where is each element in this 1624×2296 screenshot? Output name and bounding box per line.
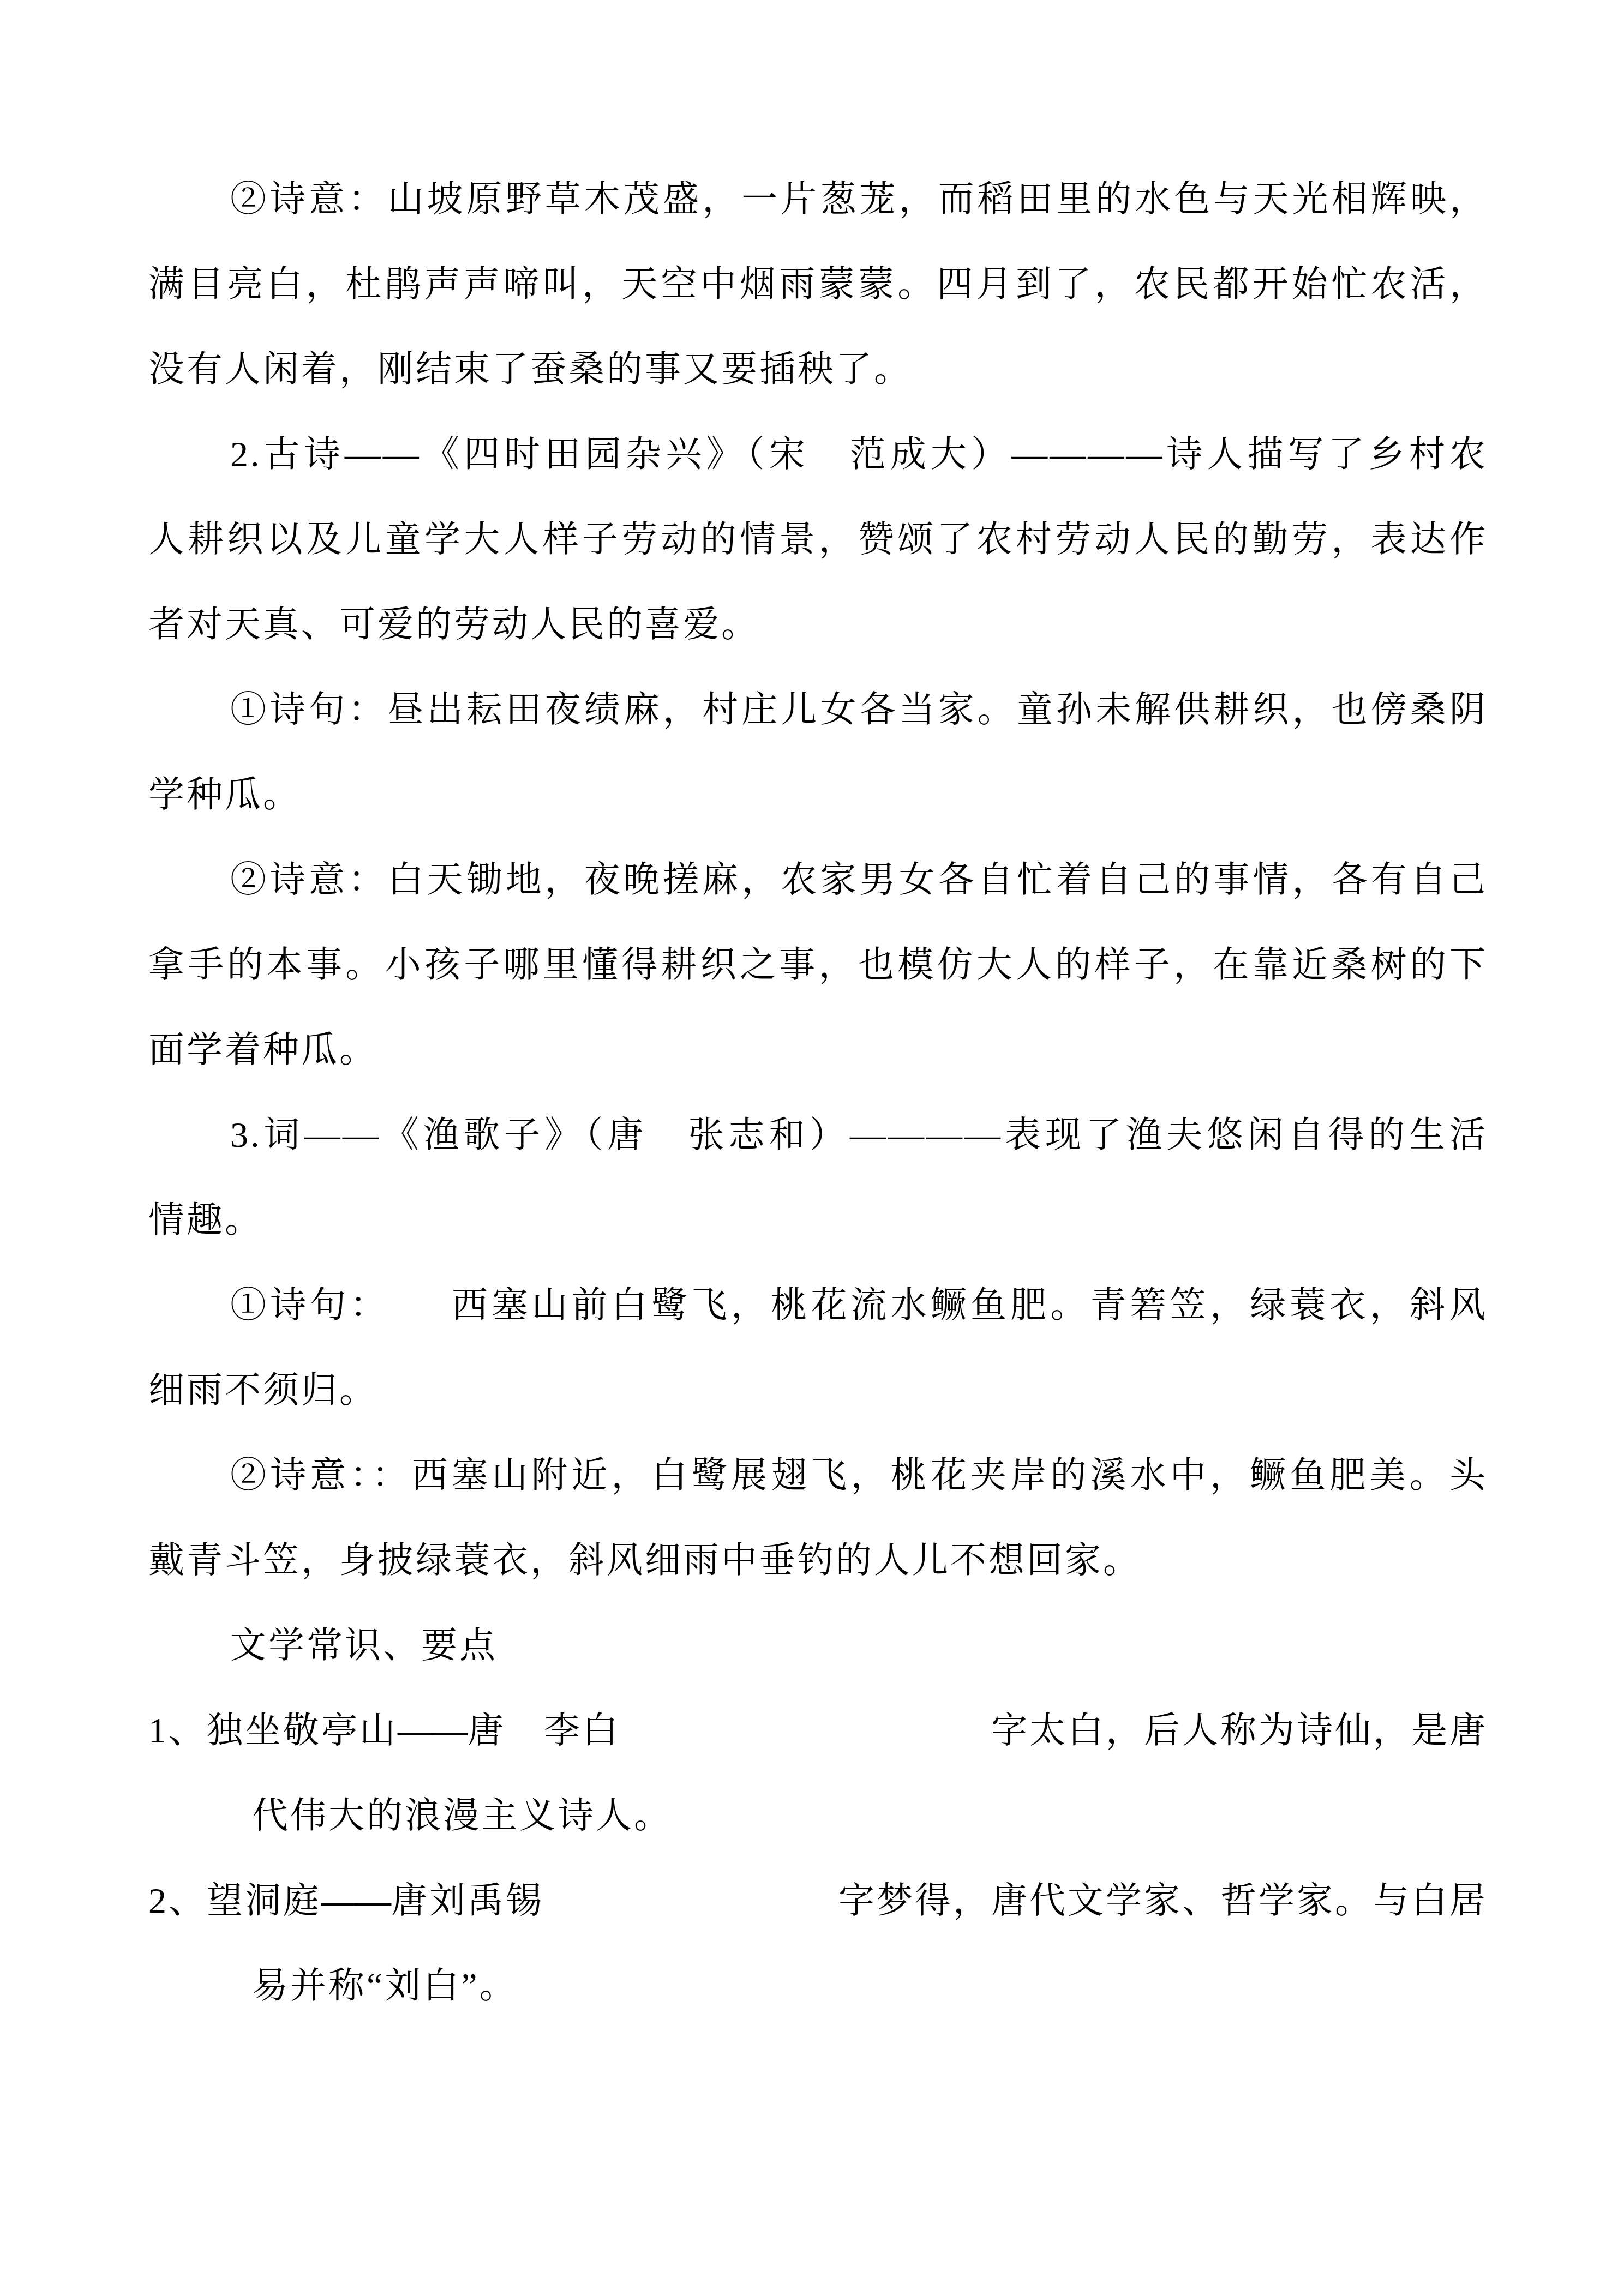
- text-line: 细雨不须归。: [148, 1348, 1488, 1433]
- text-line: 者对天真、可爱的劳动人民的喜爱。: [148, 582, 1488, 668]
- text-line: 人耕织以及儿童学大人样子劳动的情景，赞颂了农村劳动人民的勤劳，表达作: [148, 497, 1488, 582]
- poem-author: 唐 李白: [468, 1711, 620, 1751]
- poem-title: 2、望洞庭: [148, 1881, 321, 1921]
- text-line: 满目亮白，杜鹃声声啼叫，天空中烟雨蒙蒙。四月到了，农民都开始忙农活，: [148, 242, 1488, 327]
- text-line: 拿手的本事。小孩子哪里懂得耕织之事，也模仿大人的样子，在靠近桑树的下: [148, 923, 1488, 1008]
- text-line: 3.词——《渔歌子》（唐 张志和）————表现了渔夫悠闲自得的生活: [148, 1093, 1488, 1178]
- document-text-block: ②诗意：山坡原野草木茂盛，一片葱茏，而稻田里的水色与天光相辉映， 满目亮白，杜鹃…: [148, 157, 1488, 2029]
- text-line: ①诗句： 西塞山前白鹭飞，桃花流水鳜鱼肥。青箬笠，绿蓑衣，斜风: [148, 1263, 1488, 1348]
- text-line: 代伟大的浪漫主义诗人。: [148, 1774, 1488, 1859]
- text-line: ②诗意：：西塞山附近，白鹭展翅飞，桃花夹岸的溪水中，鳜鱼肥美。头: [148, 1433, 1488, 1518]
- heavy-dash: ——: [321, 1881, 389, 1921]
- poem-title: 1、独坐敬亭山: [148, 1711, 398, 1751]
- list-item-left: 1、独坐敬亭山——唐 李白: [148, 1688, 620, 1774]
- document-page: ②诗意：山坡原野草木茂盛，一片葱茏，而稻田里的水色与天光相辉映， 满目亮白，杜鹃…: [0, 0, 1624, 2296]
- list-item-right: 字梦得，唐代文学家、哲学家。与白居: [838, 1859, 1488, 1944]
- text-line: 情趣。: [148, 1178, 1488, 1263]
- text-line: 面学着种瓜。: [148, 1008, 1488, 1093]
- list-item: 2、望洞庭——唐刘禹锡 字梦得，唐代文学家、哲学家。与白居: [148, 1859, 1488, 1944]
- text-line: ②诗意：白天锄地，夜晚搓麻，农家男女各自忙着自己的事情，各有自己: [148, 838, 1488, 923]
- section-heading: 文学常识、要点: [148, 1603, 1488, 1688]
- text-line: 2.古诗——《四时田园杂兴》（宋 范成大）————诗人描写了乡村农: [148, 412, 1488, 497]
- list-item-right: 字太白，后人称为诗仙，是唐: [991, 1688, 1488, 1774]
- list-item: 1、独坐敬亭山——唐 李白 字太白，后人称为诗仙，是唐: [148, 1688, 1488, 1774]
- text-line: 戴青斗笠，身披绿蓑衣，斜风细雨中垂钓的人儿不想回家。: [148, 1518, 1488, 1603]
- text-line: 易并称“刘白”。: [148, 1944, 1488, 2029]
- text-line: ①诗句：昼出耘田夜绩麻，村庄儿女各当家。童孙未解供耕织，也傍桑阴: [148, 668, 1488, 753]
- list-item-left: 2、望洞庭——唐刘禹锡: [148, 1859, 544, 1944]
- poem-author: 唐刘禹锡: [391, 1881, 544, 1921]
- text-line: 学种瓜。: [148, 753, 1488, 838]
- heavy-dash: ——: [398, 1711, 465, 1751]
- text-line: 没有人闲着，刚结束了蚕桑的事又要插秧了。: [148, 327, 1488, 412]
- text-line: ②诗意：山坡原野草木茂盛，一片葱茏，而稻田里的水色与天光相辉映，: [148, 157, 1488, 242]
